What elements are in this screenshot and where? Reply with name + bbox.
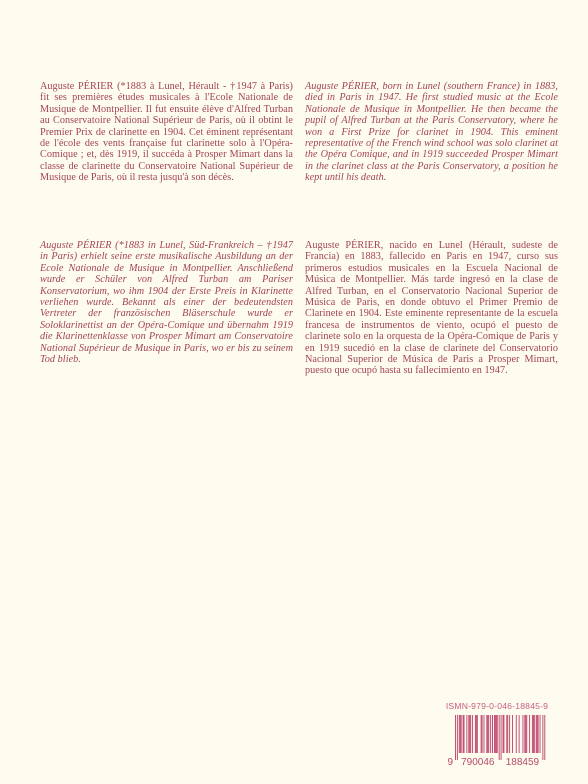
ismn-label: ISMN-979-0-046-18845-9	[444, 701, 550, 711]
bio-paragraph-spanish: Auguste PÉRIER, nacido en Lunel (Hérault…	[305, 240, 558, 377]
barcode-digits: 790046	[461, 757, 495, 767]
page-background: Auguste PÉRIER (*1883 à Lunel, Hérault -…	[0, 0, 588, 784]
bio-paragraph-german: Auguste PÉRIER (*1883 in Lunel, Süd-Fran…	[40, 240, 293, 365]
barcode-block: ISMN-979-0-046-18845-9 9790046188459	[444, 701, 550, 767]
bio-paragraph-french: Auguste PÉRIER (*1883 à Lunel, Hérault -…	[40, 81, 293, 184]
bio-paragraph-english: Auguste PÉRIER, born in Lunel (southern …	[305, 81, 558, 184]
ean-barcode: 9790046188459	[444, 715, 550, 767]
barcode-digits: 188459	[506, 757, 540, 767]
barcode-digits: 9	[447, 757, 453, 767]
